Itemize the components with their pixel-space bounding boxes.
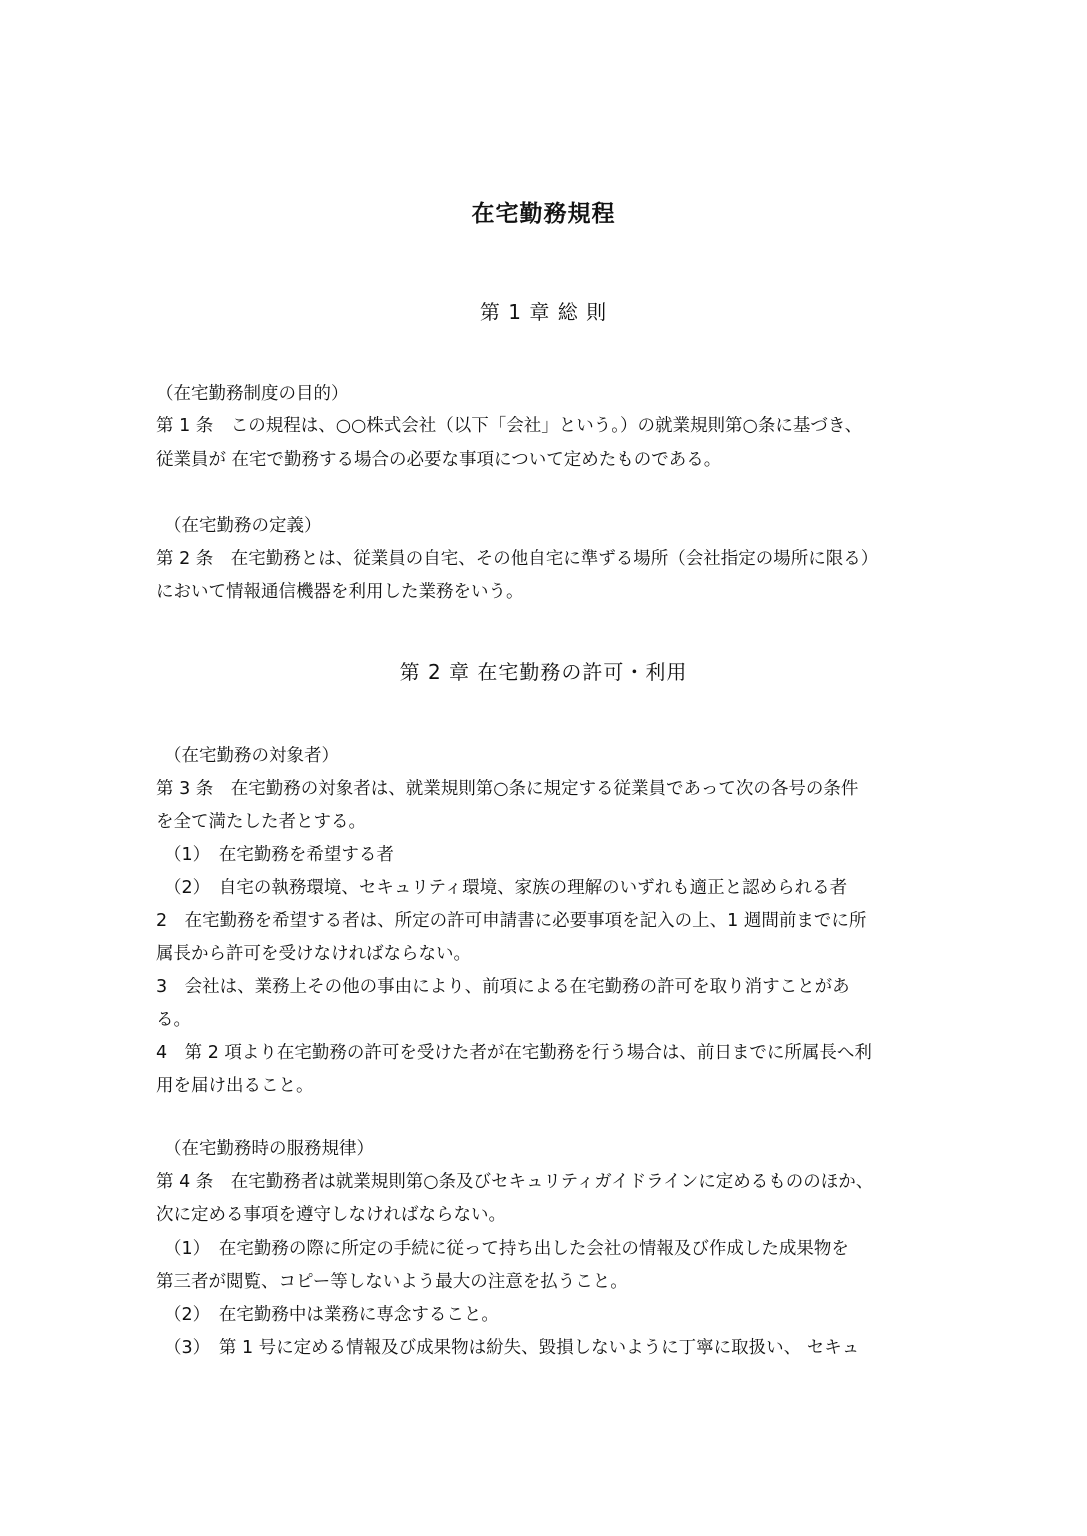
article-3-paragraph-2: 2 在宅勤務を希望する者は、所定の許可申請書に必要事項を記入の上、1 週間前まで… (156, 905, 866, 937)
article-1-text: 第 1 条 この規程は、○○株式会社（以下「会社」という。）の就業規則第○条に基… (156, 410, 862, 442)
chapter-1-heading: 第 1 章 総 則 (0, 296, 1087, 328)
article-3-caption: （在宅勤務の対象者） (164, 740, 339, 772)
article-4-item-1-cont: 第三者が閲覧、コピー等しないよう最大の注意を払うこと。 (156, 1266, 628, 1298)
article-3-paragraph-4: 4 第 2 項より在宅勤務の許可を受けた者が在宅勤務を行う場合は、前日までに所属… (156, 1037, 872, 1069)
article-2-caption: （在宅勤務の定義） (164, 510, 322, 542)
article-4-text: 第 4 条 在宅勤務者は就業規則第○条及びセキュリティガイドラインに定めるものの… (156, 1166, 873, 1198)
article-1-caption: （在宅勤務制度の目的） (156, 378, 349, 410)
article-4-item-2: （2） 在宅勤務中は業務に専念すること。 (164, 1299, 499, 1331)
article-3-text: 第 3 条 在宅勤務の対象者は、就業規則第○条に規定する従業員であって次の各号の… (156, 773, 858, 805)
article-2-text: 第 2 条 在宅勤務とは、従業員の自宅、その他自宅に準ずる場所（会社指定の場所に… (156, 543, 878, 575)
article-4-item-3: （3） 第 1 号に定める情報及び成果物は紛失、毀損しないように丁寧に取扱い、 … (164, 1332, 859, 1364)
chapter-2-heading: 第 2 章 在宅勤務の許可・利用 (0, 656, 1087, 688)
article-3-item-2: （2） 自宅の執務環境、セキュリティ環境、家族の理解のいずれも適正と認められる者 (164, 872, 847, 904)
document-title: 在宅勤務規程 (0, 196, 1087, 232)
document-page: 在宅勤務規程 第 1 章 総 則 （在宅勤務制度の目的） 第 1 条 この規程は… (0, 0, 1087, 1536)
article-3-text-cont: を全て満たした者とする。 (156, 806, 366, 838)
article-4-caption: （在宅勤務時の服務規律） (164, 1133, 374, 1165)
article-2-text-cont: において情報通信機器を利用した業務をいう。 (156, 576, 524, 608)
article-3-paragraph-3-cont: る。 (156, 1004, 191, 1036)
article-3-item-1: （1） 在宅勤務を希望する者 (164, 839, 394, 871)
article-3-paragraph-2-cont: 属長から許可を受けなければならない。 (156, 938, 471, 970)
article-4-text-cont: 次に定める事項を遵守しなければならない。 (156, 1199, 506, 1231)
article-1-text-cont: 従業員が 在宅で勤務する場合の必要な事項について定めたものである。 (156, 444, 721, 476)
article-4-item-1: （1） 在宅勤務の際に所定の手続に従って持ち出した会社の情報及び作成した成果物を (164, 1233, 849, 1265)
article-3-paragraph-3: 3 会社は、業務上その他の事由により、前項による在宅勤務の許可を取り消すことがあ (156, 971, 850, 1003)
article-3-paragraph-4-cont: 用を届け出ること。 (156, 1070, 314, 1102)
